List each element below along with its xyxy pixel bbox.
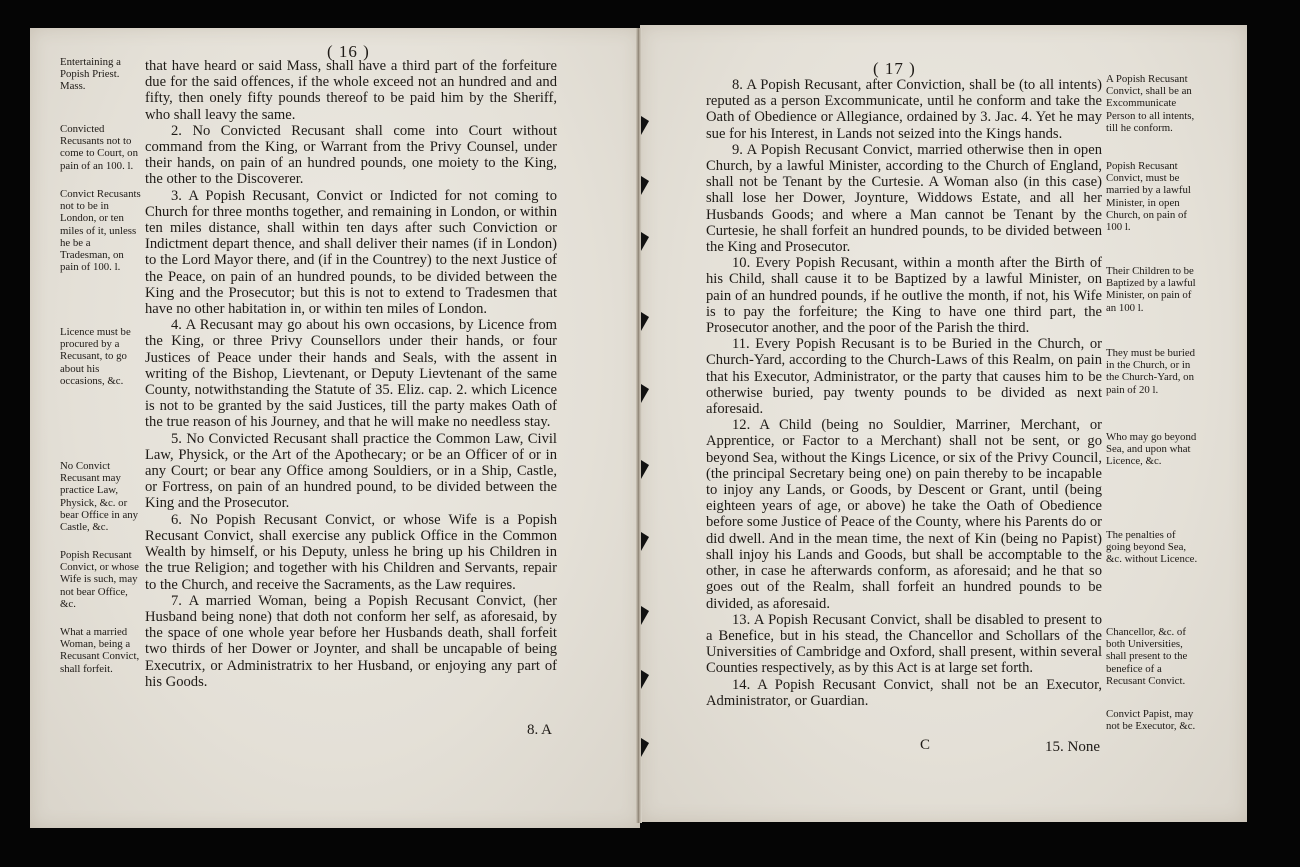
paragraph: 5. No Convicted Recusant shall practice … [145,431,557,512]
margin-note: Chancellor, &c. of both Universities, sh… [1106,626,1202,687]
paragraph: 2. No Convicted Recusant shall come into… [145,123,557,188]
binding-hole [641,232,649,251]
binding-hole [641,176,649,195]
binding-hole [641,312,649,331]
paragraph: 11. Every Popish Recusant is to be Burie… [706,336,1102,417]
paragraph: 13. A Popish Recusant Convict, shall be … [706,612,1102,677]
paragraph: 14. A Popish Recusant Convict, shall not… [706,677,1102,709]
page-body-text: that have heard or said Mass, shall have… [145,58,557,690]
catchword: 15. None [1045,739,1100,756]
paragraph: 12. A Child (being no Souldier, Marriner… [706,417,1102,611]
book-gutter [636,28,642,823]
margin-note: They must be buried in the Church, or in… [1106,347,1202,396]
binding-hole [641,738,649,757]
page-body-text: 8. A Popish Recusant, after Conviction, … [706,77,1102,709]
margin-note: Who may go beyond Sea, and upon what Lic… [1106,431,1202,468]
margin-note: No Convict Recusant may practice Law, Ph… [60,460,142,533]
paragraph: 8. A Popish Recusant, after Conviction, … [706,77,1102,142]
binding-hole [641,606,649,625]
binding-hole [641,670,649,689]
binding-hole [641,460,649,479]
paragraph: 7. A married Woman, being a Popish Recus… [145,593,557,690]
margin-note: The penalties of going beyond Sea, &c. w… [1106,529,1202,566]
margin-note: Popish Recusant Convict, or whose Wife i… [60,549,142,610]
paragraph: 3. A Popish Recusant, Convict or Indicte… [145,188,557,318]
binding-hole [641,532,649,551]
margin-note: Entertaining a Popish Priest. Mass. [60,56,142,93]
signature-mark: C [920,737,930,754]
paragraph: 9. A Popish Recusant Convict, married ot… [706,142,1102,255]
paragraph: 10. Every Popish Recusant, within a mont… [706,255,1102,336]
catchword: 8. A [527,722,552,739]
binding-hole [641,116,649,135]
margin-note: A Popish Recusant Convict, shall be an E… [1106,73,1202,134]
paragraph: that have heard or said Mass, shall have… [145,58,557,123]
binding-hole [641,384,649,403]
margin-note: Licence must be procured by a Recusant, … [60,326,142,387]
margin-note: Convict Papist, may not be Executor, &c. [1106,708,1202,732]
left-page: ( 16 ) Entertaining a Popish Priest. Mas… [30,28,640,828]
margin-note: Convict Recusants not to be in London, o… [60,188,142,273]
margin-note: Their Children to be Baptized by a lawfu… [1106,265,1202,314]
margin-note: Convicted Recusants not to come to Court… [60,123,142,172]
margin-note: What a married Woman, being a Recusant C… [60,626,142,675]
margin-note: Popish Recusant Convict, must be married… [1106,160,1202,233]
right-page: ( 17 ) 8. A Popish Recusant, after Convi… [640,25,1247,822]
paragraph: 6. No Popish Recusant Convict, or whose … [145,512,557,593]
paragraph: 4. A Recusant may go about his own occas… [145,317,557,430]
page-number: ( 17 ) [873,59,916,79]
